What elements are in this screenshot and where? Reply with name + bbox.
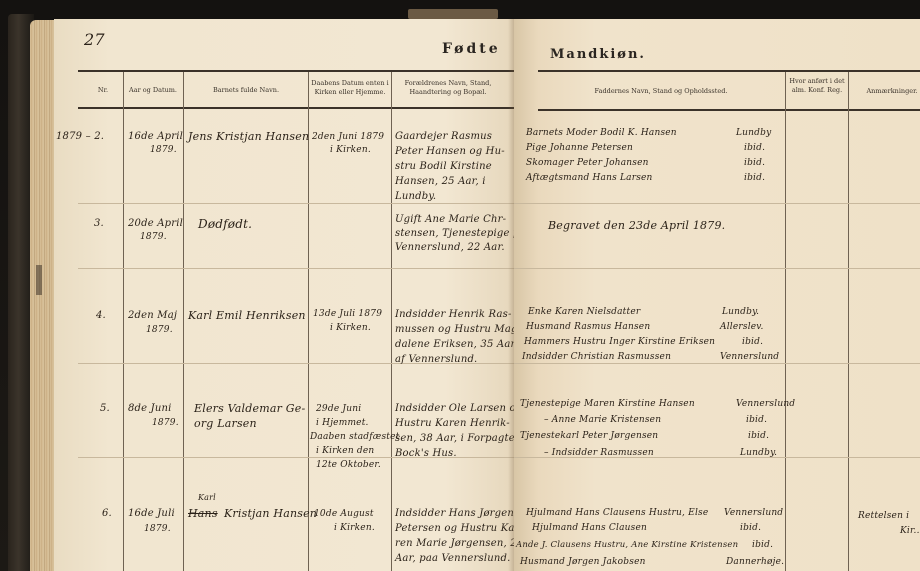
left-page: 27 Fødte Nr. Aar og Datum. Barnets fulde…	[54, 19, 514, 571]
parents-line: Indsidder Hans Jørgen	[395, 507, 514, 521]
parents-line: Petersen og Hustru Ka-	[395, 522, 514, 536]
godparent-name: Hjulmand Hans Clausen	[532, 521, 647, 535]
parents-line: Bock's Hus.	[395, 447, 457, 461]
column-header-godparents: Faddernes Navn, Stand og Opholdssted.	[538, 87, 784, 96]
parents-line: stru Bodil Kirstine	[395, 160, 492, 174]
entry-nr: 1879 – 2.	[56, 130, 104, 144]
entry-nr: 3.	[94, 217, 104, 231]
godparent-place: Lundby.	[722, 305, 759, 319]
godparent-place: ibid.	[744, 171, 765, 185]
godparent-name: Tjenestepige Maren Kirstine Hansen	[520, 397, 695, 411]
bookmark-ribbon	[408, 9, 498, 19]
column-divider	[183, 72, 184, 571]
entry-year: 1879.	[150, 143, 177, 157]
parents-line: Ugift Ane Marie Chr-	[395, 213, 506, 227]
godparent-place: Vennerslund	[720, 350, 779, 364]
baptism-place: i Hjemmet.	[316, 416, 369, 430]
header-top-rule	[538, 70, 920, 72]
column-divider	[391, 72, 392, 571]
column-header-date: Aar og Datum.	[124, 86, 182, 95]
page-title-fodte: Fødte	[442, 41, 501, 57]
baptism-date: 2den Juni 1879	[312, 130, 384, 144]
parents-line: dalene Eriksen, 35 Aar	[395, 338, 514, 352]
godparent-name: Hjulmand Hans Clausens Hustru, Else	[526, 506, 708, 520]
baptism-place: i Kirken.	[330, 143, 371, 157]
parents-line: Indsidder Ole Larsen og	[395, 402, 514, 416]
entry-date: 8de Juni	[128, 402, 172, 416]
child-name: Karl Emil Henriksen	[188, 309, 306, 323]
parents-line: Lundby.	[395, 190, 436, 204]
entry-year: 1879.	[152, 416, 179, 430]
column-divider	[848, 72, 849, 571]
column-header-baptism: Daabens Datum enten i Kirken eller Hjemm…	[310, 79, 390, 97]
row-divider	[514, 203, 920, 204]
child-name: Kristjan Hansen	[224, 507, 317, 521]
godparent-place: ibid.	[740, 521, 761, 535]
entry-nr: 6.	[102, 507, 112, 521]
godparent-name: Husmand Jørgen Jakobsen	[520, 555, 646, 569]
godparent-name: Barnets Moder Bodil K. Hansen	[526, 126, 677, 140]
baptism-date: 29de Juni	[316, 402, 361, 416]
parents-line: Indsidder Henrik Ras-	[395, 308, 512, 322]
godparent-name: Enke Karen Nielsdatter	[528, 305, 640, 319]
column-header-confirmation-register: Hvor anført i det alm. Konf. Reg.	[788, 77, 846, 95]
name-struck: Hans	[188, 507, 218, 521]
godparent-place: Vennerslund	[736, 397, 795, 411]
godparent-place: ibid.	[744, 141, 765, 155]
page-edges	[30, 20, 56, 571]
godparent-place: ibid.	[748, 429, 769, 443]
column-header-remarks: Anmærkninger.	[852, 87, 920, 96]
parents-line: Hustru Karen Henrik-	[395, 417, 510, 431]
godparent-name: Indsidder Christian Rasmussen	[522, 350, 671, 364]
parents-line: Peter Hansen og Hu-	[395, 145, 505, 159]
parents-line: Gaardejer Rasmus	[395, 130, 492, 144]
godparent-name: Husmand Rasmus Hansen	[526, 320, 650, 334]
godparent-name: Aftægtsmand Hans Larsen	[526, 171, 653, 185]
row-divider	[78, 203, 514, 204]
header-bottom-rule	[538, 109, 920, 111]
entry-year: 1879.	[140, 230, 167, 244]
godparent-place: ibid.	[742, 335, 763, 349]
godparent-place: Lundby	[736, 126, 771, 140]
entry-nr: 5.	[100, 402, 110, 416]
baptism-place: i Kirken.	[334, 521, 375, 535]
row-divider	[78, 268, 514, 269]
column-divider	[785, 72, 786, 571]
parents-line: sen, 38 Aar, i Forpagter	[395, 432, 514, 446]
parents-line: Vennerslund, 22 Aar.	[395, 241, 505, 255]
entry-date: 20de April	[128, 217, 183, 231]
child-name-cont: org Larsen	[194, 417, 257, 431]
entry-year: 1879.	[146, 323, 173, 337]
godparent-name: – Indsidder Rasmussen	[544, 446, 654, 460]
entry-date: 16de Juli	[128, 507, 175, 521]
godparent-name: Ande J. Clausens Hustru, Ane Kirstine Kr…	[516, 538, 738, 552]
baptism-date: 13de Juli 1879	[313, 307, 382, 321]
parents-line: mussen og Hustru Mag-	[395, 323, 514, 337]
right-page: Mandkiøn. Faddernes Navn, Stand og Ophol…	[514, 19, 920, 571]
godparent-name: Tjenestekarl Peter Jørgensen	[520, 429, 658, 443]
baptism-note: 12te Oktober.	[316, 458, 381, 472]
burial-note: Begravet den 23de April 1879.	[548, 219, 725, 233]
godparent-place: Allerslev.	[720, 320, 764, 334]
entry-year: 1879.	[144, 522, 171, 536]
column-divider	[308, 72, 309, 571]
child-name: Jens Kristjan Hansen	[188, 130, 309, 144]
baptism-date: 10de August	[314, 507, 374, 521]
godparent-place: ibid.	[744, 156, 765, 170]
godparent-name: Hammers Hustru Inger Kirstine Eriksen	[524, 335, 715, 349]
godparent-place: Dannerhøje.	[726, 555, 784, 569]
remark-line: Rettelsen i	[858, 509, 909, 523]
entry-date: 16de April	[128, 130, 183, 144]
child-name: Elers Valdemar Ge-	[194, 402, 305, 416]
godparent-place: ibid.	[752, 538, 773, 552]
godparent-name: Skomager Peter Johansen	[526, 156, 649, 170]
column-divider	[123, 72, 124, 571]
remark-line: Kir...	[900, 524, 920, 538]
godparent-place: ibid.	[746, 413, 767, 427]
godparent-place: Vennerslund	[724, 506, 783, 520]
parents-line: Aar, paa Vennerslund.	[395, 552, 511, 566]
baptism-note: i Kirken den	[316, 444, 374, 458]
entry-nr: 4.	[96, 309, 106, 323]
parents-line: af Vennerslund.	[395, 353, 477, 367]
page-number: 27	[84, 33, 105, 47]
child-name: Dødfødt.	[198, 217, 252, 231]
godparent-name: – Anne Marie Kristensen	[544, 413, 661, 427]
column-header-nr: Nr.	[84, 86, 122, 95]
parents-line: stensen, Tjenestepige paa	[395, 227, 514, 241]
parents-line: ren Marie Jørgensen, 28	[395, 537, 514, 551]
page-title-mandkion: Mandkiøn.	[550, 47, 646, 62]
baptism-note: Daaben stadfæstet	[310, 430, 399, 444]
column-header-parents: Forældrenes Navn, Stand, Haandtering og …	[393, 79, 503, 97]
name-correction: Karl	[198, 491, 216, 505]
entry-date: 2den Maj	[128, 309, 177, 323]
godparent-place: Lundby.	[740, 446, 777, 460]
row-divider	[514, 268, 920, 269]
baptism-place: i Kirken.	[330, 321, 371, 335]
header-top-rule	[78, 70, 514, 72]
parents-line: Hansen, 25 Aar, i	[395, 175, 486, 189]
header-bottom-rule	[78, 107, 514, 109]
column-header-child-name: Barnets fulde Navn.	[184, 86, 308, 95]
godparent-name: Pige Johanne Petersen	[526, 141, 633, 155]
